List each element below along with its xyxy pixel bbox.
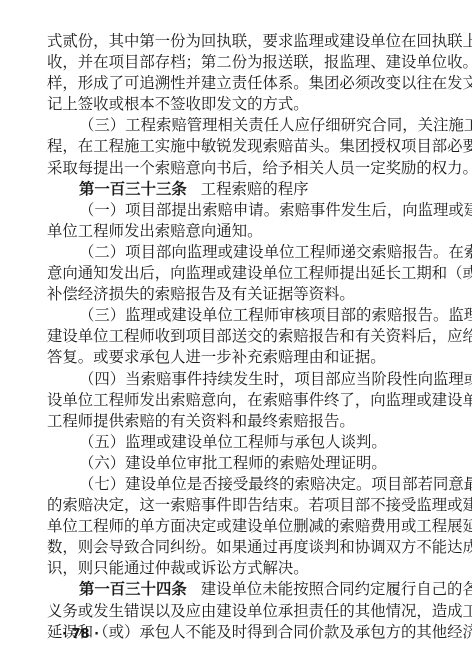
article-134-heading: 第一百三十四条 (79, 580, 187, 598)
paragraph-block-article-134: 义务或发生错误以及应由建设单位承担责任的其他情况，造成工期延误和（或）承包人不能… (47, 601, 433, 643)
text-line: 记上签收或根本不签收即发文的方式。 (47, 94, 433, 115)
article-133-title: 工程索赔的程序 (201, 180, 309, 198)
text-line: （一）项目部提出索赔申请。索赔事件发生后，向监理或建设 (47, 200, 433, 221)
text-line: （二）项目部向监理或建设单位工程师递交索赔报告。在索赔 (47, 242, 433, 263)
text-line: （六）建设单位审批工程师的索赔处理证明。 (47, 453, 433, 474)
document-page: 式贰份，其中第一份为回执联，要求监理或建设单位在回执联上签收，并在项目部存档；第… (47, 31, 433, 643)
text-line: 建设单位工程师收到项目部送交的索赔报告和有关资料后，应给予 (47, 326, 433, 347)
text-line: 补偿经济损失的索赔报告及有关证据等资料。 (47, 284, 433, 305)
paragraph-block-intro: 式贰份，其中第一份为回执联，要求监理或建设单位在回执联上签收，并在项目部存档；第… (47, 31, 433, 179)
text-line: 数，则会导致合同纠纷。如果通过再度谈判和协调双方不能达成共 (47, 537, 433, 558)
text-line: （三）工程索赔管理相关责任人应仔细研究合同，关注施工全过 (47, 115, 433, 136)
text-line: 单位工程师的单方面决定或建设单位删减的索赔费用或工程展延天 (47, 516, 433, 537)
text-line: 单位工程师发出索赔意向通知。 (47, 221, 433, 242)
article-134-text: 建设单位未能按照合同约定履行自己的各项 (201, 580, 472, 598)
text-line: 样，形成了可追溯性并建立责任体系。集团必须改变以往在发文登 (47, 73, 433, 94)
text-line: 答复。或要求承包人进一步补充索赔理由和证据。 (47, 347, 433, 368)
text-line: 收，并在项目部存档；第二份为报送联，报监理、建设单位收。这 (47, 52, 433, 73)
text-line: 识，则只能通过仲裁或诉讼方式解决。 (47, 558, 433, 579)
article-134-heading-line: 第一百三十四条建设单位未能按照合同约定履行自己的各项 (47, 579, 433, 600)
text-line: （七）建设单位是否接受最终的索赔决定。项目部若同意最终 (47, 474, 433, 495)
article-133-heading: 第一百三十三条 (79, 180, 187, 198)
article-133-heading-line: 第一百三十三条工程索赔的程序 (47, 179, 433, 200)
text-line: 意向通知发出后，向监理或建设单位工程师提出延长工期和（或） (47, 263, 433, 284)
page-number: · 78 · (62, 627, 99, 642)
paragraph-block-procedure: （一）项目部提出索赔申请。索赔事件发生后，向监理或建设单位工程师发出索赔意向通知… (47, 200, 433, 580)
text-line: 采取每提出一个索赔意向书后，给予相关人员一定奖励的权力。 (47, 158, 433, 179)
text-line: 延误和（或）承包人不能及时得到合同价款及承包方的其他经济损 (47, 622, 433, 643)
text-line: 的索赔决定，这一索赔事件即告结束。若项目部不接受监理或建设 (47, 495, 433, 516)
text-line: 义务或发生错误以及应由建设单位承担责任的其他情况，造成工期 (47, 601, 433, 622)
text-line: （五）监理或建设单位工程师与承包人谈判。 (47, 432, 433, 453)
text-line: 设单位工程师发出索赔意向，在索赔事件终了，向监理或建设单位 (47, 390, 433, 411)
text-line: 式贰份，其中第一份为回执联，要求监理或建设单位在回执联上签 (47, 31, 433, 52)
text-line: （四）当索赔事件持续发生时，项目部应当阶段性向监理或建 (47, 369, 433, 390)
text-line: 程，在工程施工实施中敏锐发现索赔苗头。集团授权项目部必要时可 (47, 136, 433, 157)
text-line: 工程师提供索赔的有关资料和最终索赔报告。 (47, 411, 433, 432)
text-line: （三）监理或建设单位工程师审核项目部的索赔报告。监理或 (47, 305, 433, 326)
